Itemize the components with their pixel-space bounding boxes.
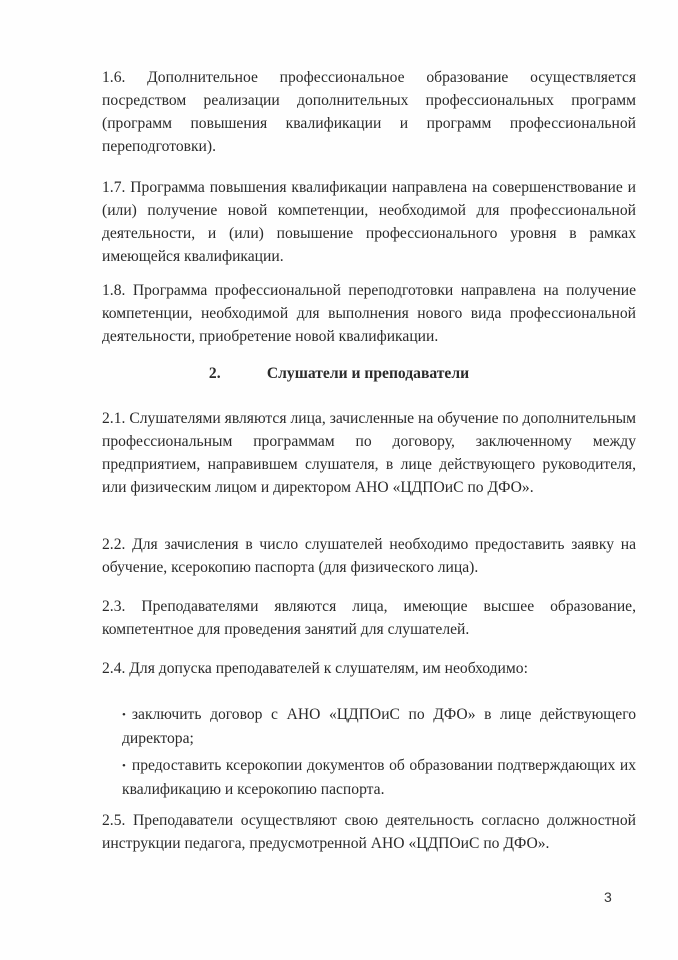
page-number: 3	[604, 886, 612, 909]
section-number: 2.	[209, 362, 267, 385]
paragraph-2-2: 2.2. Для зачисления в число слушателей н…	[102, 533, 636, 579]
paragraph-2-1: 2.1. Слушателями являются лица, зачислен…	[102, 407, 636, 499]
paragraph-2-4: 2.4. Для допуска преподавателей к слушат…	[102, 657, 636, 680]
paragraph-2-3: 2.3. Преподавателями являются лица, имею…	[102, 595, 636, 641]
bullet-icon: •	[122, 709, 126, 721]
requirements-list: •заключить договор с АНО «ЦДПОиС по ДФО»…	[122, 703, 636, 805]
section-title: Слушатели и преподаватели	[267, 365, 469, 382]
document-page: 1.6. Дополнительное профессиональное обр…	[0, 0, 678, 960]
list-item: •заключить договор с АНО «ЦДПОиС по ДФО»…	[122, 703, 636, 750]
paragraph-2-5: 2.5. Преподаватели осуществляют свою дея…	[102, 809, 636, 855]
list-item-text: предоставить ксерокопии документов об об…	[122, 757, 636, 798]
list-item: •предоставить ксерокопии документов об о…	[122, 754, 636, 801]
list-item-text: заключить договор с АНО «ЦДПОиС по ДФО» …	[122, 706, 636, 747]
section-heading: 2.Слушатели и преподаватели	[0, 362, 678, 385]
bullet-icon: •	[122, 760, 126, 772]
paragraph-1-8: 1.8. Программа профессиональной переподг…	[102, 279, 636, 348]
paragraph-1-6: 1.6. Дополнительное профессиональное обр…	[102, 66, 636, 158]
paragraph-1-7: 1.7. Программа повышения квалификации на…	[102, 176, 636, 268]
